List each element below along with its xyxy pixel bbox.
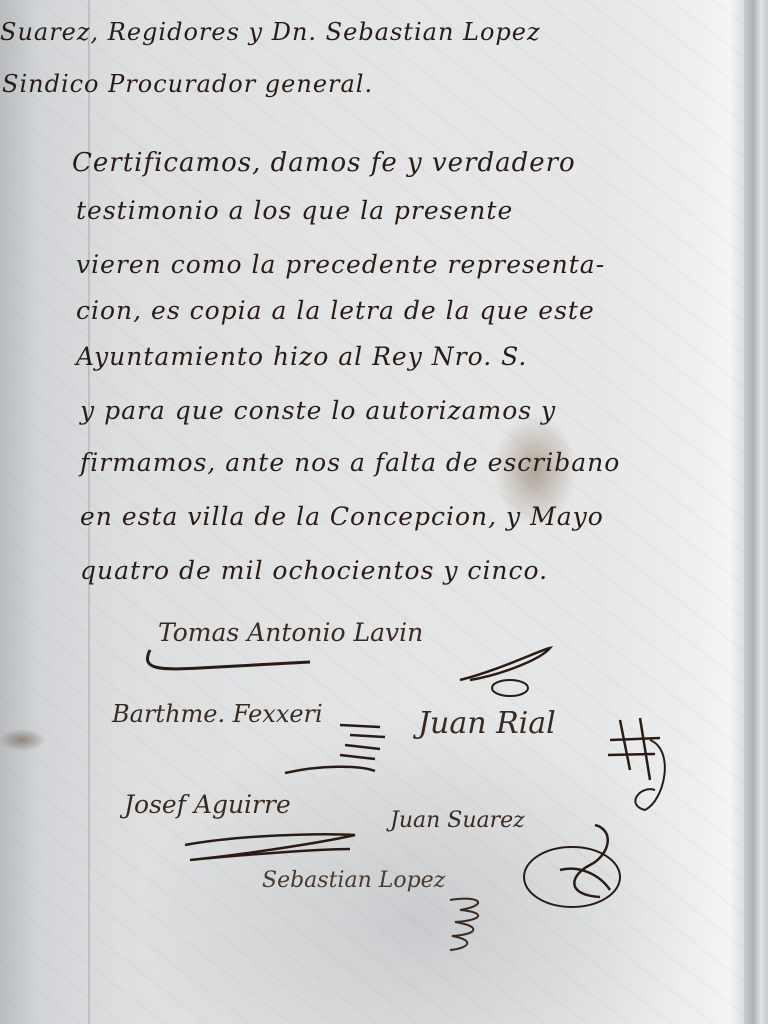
text-line-5: vieren como la precedente representa-: [76, 250, 605, 279]
manuscript-page: Suarez, Regidores y Dn. Sebastian Lopez …: [0, 0, 768, 1024]
signature-aguirre: Josef Aguirre: [124, 790, 291, 819]
binding-edge: [744, 0, 768, 1024]
signature-lavin: Tomas Antonio Lavin: [158, 618, 423, 647]
text-line-9: firmamos, ante nos a falta de escribano: [80, 448, 620, 477]
signature-suarez: Juan Suarez: [390, 808, 525, 833]
text-line-10: en esta villa de la Concepcion, y Mayo: [80, 502, 604, 531]
flourish-suarez: [520, 815, 630, 915]
flourish-rial: [600, 710, 680, 820]
text-line-1: Suarez, Regidores y Dn. Sebastian Lopez: [0, 18, 541, 46]
flourish-aguirre: [180, 825, 360, 870]
text-line-2: Sindico Procurador general.: [2, 70, 373, 98]
flourish-lavin: [140, 640, 560, 700]
text-line-3: Certificamos, damos fe y verdadero: [72, 148, 576, 178]
signature-rial: Juan Rial: [418, 706, 556, 741]
signature-lopez: Sebastian Lopez: [262, 868, 445, 893]
text-line-7: Ayuntamiento hizo al Rey Nro. S.: [76, 342, 527, 371]
text-line-4: testimonio a los que la presente: [76, 196, 513, 225]
signature-fexxeri: Barthme. Fexxeri: [112, 700, 323, 728]
text-line-8: y para que conste lo autorizamos y: [80, 396, 556, 425]
text-line-6: cion, es copia a la letra de la que este: [76, 296, 595, 325]
text-line-11: quatro de mil ochocientos y cinco.: [80, 556, 548, 585]
flourish-lopez: [430, 890, 510, 960]
